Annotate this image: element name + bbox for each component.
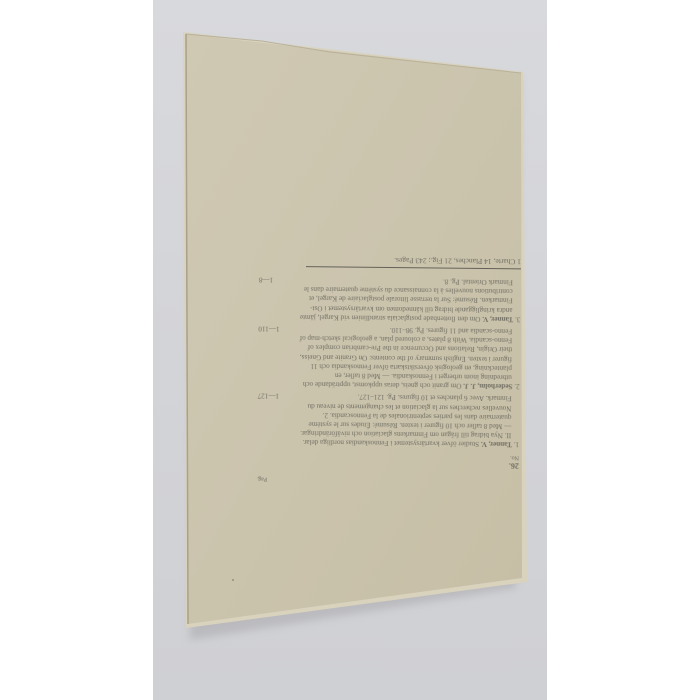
summary-line: 1 Charte, 14 Planches, 21 Fig.; 243 Page…	[259, 254, 521, 268]
entry-author: Tanner, V.	[481, 440, 512, 448]
printed-contents: Pag. 26. No. 1. Tanner, V. Studier öfver…	[257, 231, 522, 486]
page-label: Pag.	[257, 473, 519, 485]
entry-pages: 1—110	[258, 323, 279, 332]
entry-text: Om den flottenbade postglaciala strandli…	[300, 277, 513, 322]
entry-author: Sederholm, J. J.	[463, 382, 512, 391]
entry-pages: 1—8	[259, 274, 273, 283]
entry-author: Tanner, V.	[482, 315, 513, 323]
contents-entry-1: 1. Tanner, V. Studier öfver kvartärsyste…	[257, 391, 520, 449]
entry-pages: 1—127	[258, 391, 280, 400]
entry-text: Studier öfver kvartärsystemet i Fennoska…	[300, 393, 511, 448]
contents-entry-3: 3. Tanner, V. Om den flottenbade postgla…	[258, 274, 520, 323]
contents-entry-2: 2. Sederholm, J. J. Om granit och gneis,…	[258, 323, 521, 390]
entry-text: Om granit och gneis, deras uppkomst, upp…	[300, 326, 513, 390]
cover-print-area: Pag. 26. No. 1. Tanner, V. Studier öfver…	[0, 0, 700, 700]
